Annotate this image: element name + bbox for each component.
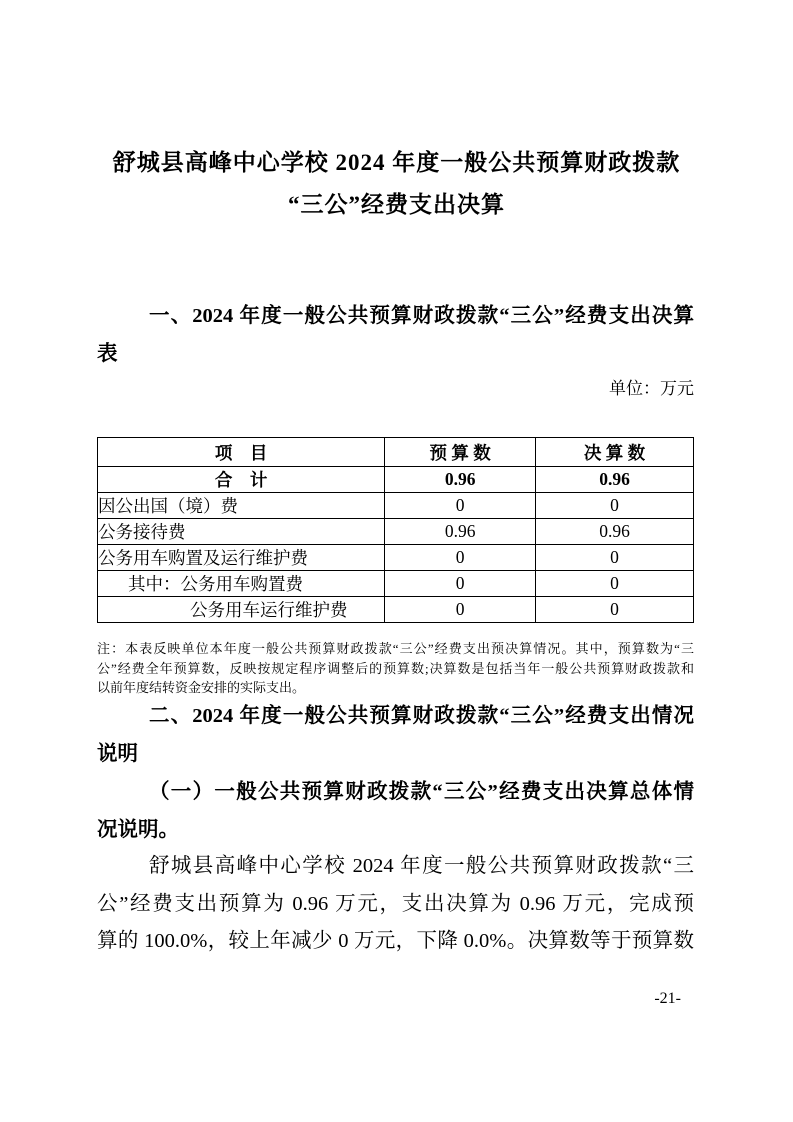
- section2-heading-line-1: 二、2024 年度一般公共预算财政拨款“三公”经费支出情况: [97, 698, 694, 736]
- body-paragraph-line-1: 舒城县高峰中心学校 2024 年度一般公共预算财政拨款“三: [97, 848, 694, 886]
- page-number: -21-: [97, 989, 694, 1009]
- table-row-vehicle-purchase: 其中：公务用车购置费 0 0: [98, 571, 694, 597]
- table-header-row: 项 目 预 算 数 决 算 数: [98, 438, 694, 467]
- budget-value: 0: [385, 545, 536, 571]
- table-note-line-2: 公”经费全年预算数，反映按规定程序调整后的预算数;决算数是包括当年一般公共预算财…: [97, 659, 694, 679]
- table-row-vehicle-maintenance: 公务用车运行维护费 0 0: [98, 597, 694, 623]
- expense-table: 项 目 预 算 数 决 算 数 合 计 0.96 0.96 因公出国（境）费 0…: [97, 437, 694, 623]
- column-header-final: 决 算 数: [536, 438, 694, 467]
- table-row-vehicle-total: 公务用车购置及运行维护费 0 0: [98, 545, 694, 571]
- unit-label: 单位：万元: [97, 375, 694, 402]
- document-title-line-1: 舒城县高峰中心学校 2024 年度一般公共预算财政拨款: [0, 142, 793, 184]
- subsection1-heading-line-2: 况说明。: [97, 812, 694, 850]
- row-label: 公务接待费: [98, 519, 385, 545]
- final-value: 0.96: [536, 519, 694, 545]
- budget-value: 0.96: [385, 519, 536, 545]
- subsection1-heading: （一）一般公共预算财政拨款“三公”经费支出决算总体情 况说明。: [97, 774, 694, 849]
- final-value: 0: [536, 545, 694, 571]
- final-value: 0: [536, 571, 694, 597]
- section1-heading: 一、2024 年度一般公共预算财政拨款“三公”经费支出决算 表: [97, 298, 694, 373]
- table-note-line-3: 以前年度结转资金安排的实际支出。: [97, 678, 694, 698]
- section1-heading-line-1: 一、2024 年度一般公共预算财政拨款“三公”经费支出决算: [97, 298, 694, 336]
- document-title: 舒城县高峰中心学校 2024 年度一般公共预算财政拨款 “三公”经费支出决算: [0, 142, 793, 226]
- budget-value: 0: [385, 493, 536, 519]
- final-value: 0: [536, 493, 694, 519]
- body-paragraph-line-3: 算的 100.0%，较上年减少 0 万元，下降 0.0%。决算数等于预算数: [97, 923, 694, 961]
- table-row-reception-fee: 公务接待费 0.96 0.96: [98, 519, 694, 545]
- row-label: 合 计: [98, 467, 385, 493]
- document-page: 舒城县高峰中心学校 2024 年度一般公共预算财政拨款 “三公”经费支出决算 一…: [0, 0, 793, 1122]
- row-label: 其中：公务用车购置费: [98, 571, 385, 597]
- row-label: 公务用车运行维护费: [98, 597, 385, 623]
- column-header-item: 项 目: [98, 438, 385, 467]
- table-row-total: 合 计 0.96 0.96: [98, 467, 694, 493]
- table-row-abroad-fee: 因公出国（境）费 0 0: [98, 493, 694, 519]
- section1-heading-line-2: 表: [97, 336, 694, 374]
- section2-heading: 二、2024 年度一般公共预算财政拨款“三公”经费支出情况 说明: [97, 698, 694, 773]
- final-value: 0.96: [536, 467, 694, 493]
- row-label: 公务用车购置及运行维护费: [98, 545, 385, 571]
- table-note: 注：本表反映单位本年度一般公共预算财政拨款“三公”经费支出预决算情况。其中，预算…: [97, 639, 694, 698]
- body-paragraph: 舒城县高峰中心学校 2024 年度一般公共预算财政拨款“三 公”经费支出预算为 …: [97, 848, 694, 961]
- column-header-budget: 预 算 数: [385, 438, 536, 467]
- subsection1-heading-line-1: （一）一般公共预算财政拨款“三公”经费支出决算总体情: [97, 774, 694, 812]
- budget-value: 0: [385, 571, 536, 597]
- body-paragraph-line-2: 公”经费支出预算为 0.96 万元，支出决算为 0.96 万元，完成预: [97, 886, 694, 924]
- document-title-line-2: “三公”经费支出决算: [0, 184, 793, 226]
- row-label: 因公出国（境）费: [98, 493, 385, 519]
- table-note-line-1: 注：本表反映单位本年度一般公共预算财政拨款“三公”经费支出预决算情况。其中，预算…: [97, 639, 694, 659]
- section2-heading-line-2: 说明: [97, 736, 694, 774]
- final-value: 0: [536, 597, 694, 623]
- budget-value: 0: [385, 597, 536, 623]
- budget-value: 0.96: [385, 467, 536, 493]
